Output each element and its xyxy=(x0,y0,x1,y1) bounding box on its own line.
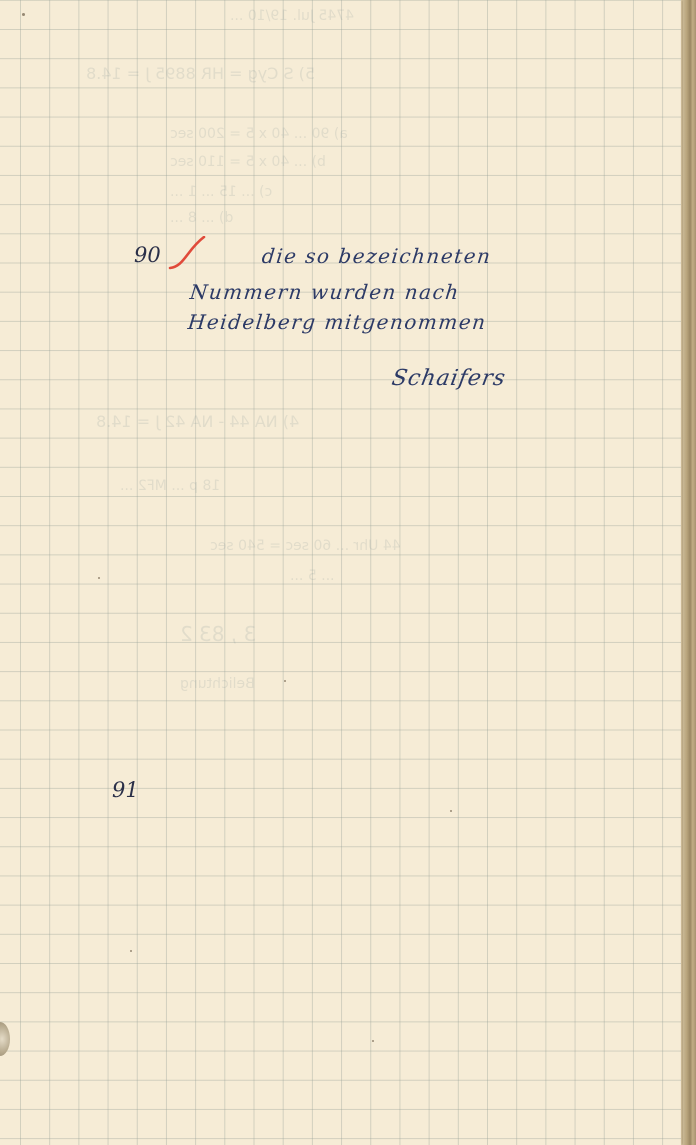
entry-number: 91 xyxy=(112,778,139,802)
paper-speck xyxy=(284,680,286,682)
bleed-through-line: 3 , 83 2 xyxy=(180,622,256,646)
paper-speck xyxy=(22,13,25,16)
bleed-through-line: Belichtung xyxy=(180,676,255,692)
paper-speck xyxy=(98,577,100,579)
bleed-through-line: 18 p ... MF2 ... xyxy=(120,478,220,494)
bleed-through-line: ... 5 ... xyxy=(290,568,335,584)
bleed-through-line: 5) S Cyg = HR 8895 J = 14.8 xyxy=(86,64,315,83)
bleed-through-line: 4) NA 44 - NA 42 J = 14.8 xyxy=(96,412,299,431)
bleed-through-line: 4745 Jul. 19/10 ... xyxy=(230,8,354,24)
paper-speck xyxy=(372,1040,374,1042)
bleed-through-line: 44 Uhr ... 60 sec = 540 sec xyxy=(210,538,401,554)
bleed-through-line: d) ... 8 ... xyxy=(170,210,233,226)
bleed-through-line: c) ... 15 ... 1 ... xyxy=(170,184,272,200)
notebook-page: 4745 Jul. 19/10 ... 5) S Cyg = HR 8895 J… xyxy=(0,0,684,1145)
paper-speck xyxy=(130,950,132,952)
red-check-mark-icon xyxy=(168,236,208,272)
notebook-binding xyxy=(683,0,696,1145)
entry-number: 90 xyxy=(134,243,161,267)
note-line-3: Heidelberg mitgenommen xyxy=(187,310,488,334)
signature: Schaifers xyxy=(390,366,508,391)
bleed-through-line: b) ... 40 x 5 = 110 sec xyxy=(170,154,326,170)
note-line-2: Nummern wurden nach xyxy=(189,280,461,304)
note-line-1: die so bezeichneten xyxy=(261,244,493,268)
paper-speck xyxy=(450,810,452,812)
bleed-through-line: a) 90 ... 40 x 5 = 200 sec xyxy=(170,126,348,142)
